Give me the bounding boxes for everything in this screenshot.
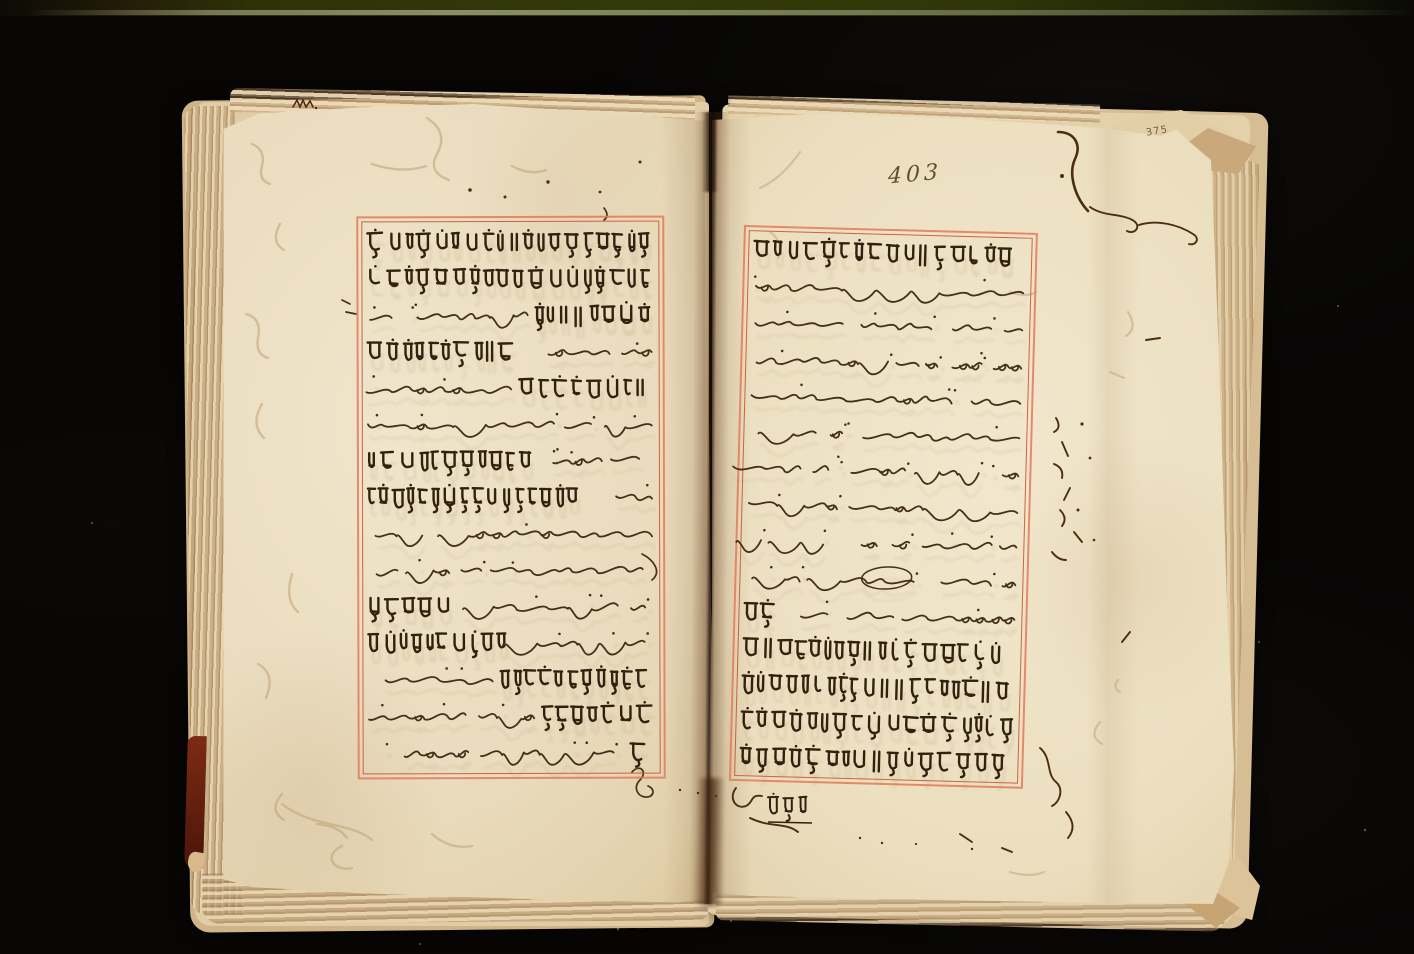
- dust-specks: [0, 0, 1414, 954]
- manuscript-photo-stage: 403 375: [0, 0, 1414, 954]
